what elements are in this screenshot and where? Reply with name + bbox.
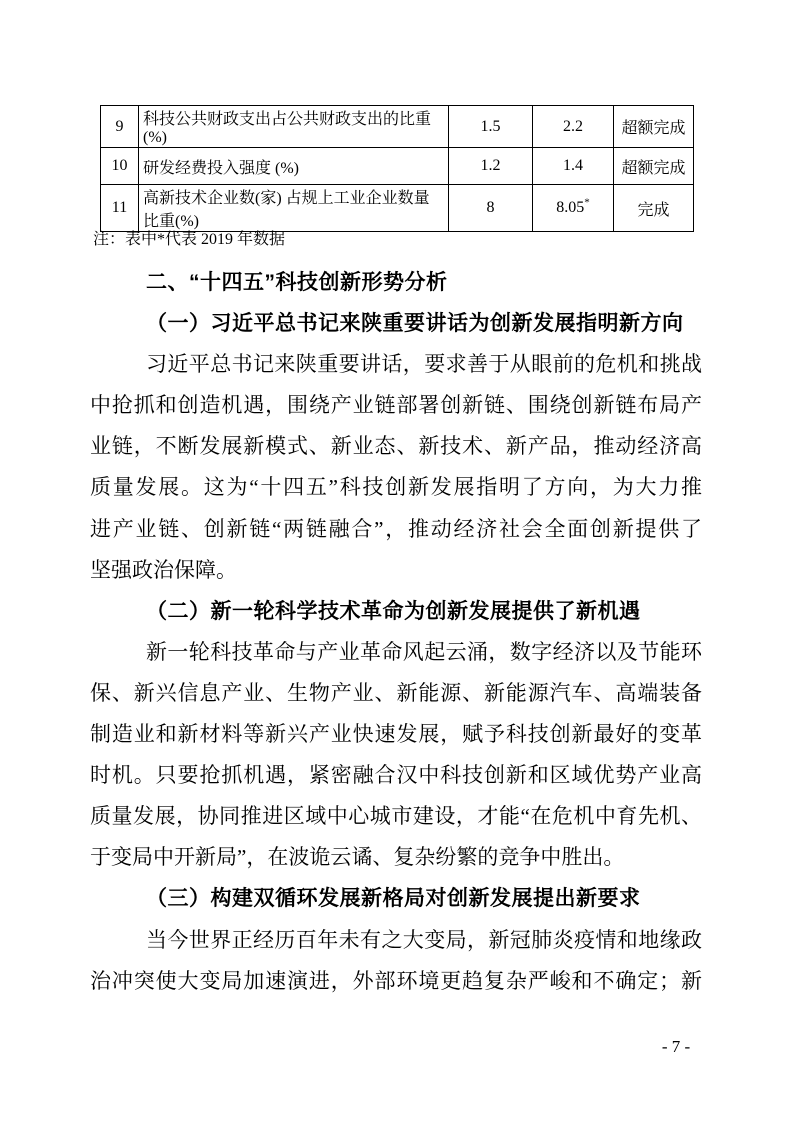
indicator-name: 科技公共财政支出占公共财政支出的比重(%)	[139, 106, 449, 148]
table-footnote: 注：表中*代表 2019 年数据	[93, 230, 693, 250]
body-line: 习近平总书记来陕重要讲话，要求善于从眼前的危机和挑战	[90, 344, 702, 385]
page-number: - 7 -	[638, 1037, 714, 1057]
actual-value: 1.4	[533, 148, 614, 185]
footnote-asterisk: *	[584, 197, 590, 209]
body-line: 制造业和新材料等新兴产业快速发展，赋予科技创新最好的变革	[90, 714, 702, 755]
body-line: 当今世界正经历百年未有之大变局，新冠肺炎疫情和地缘政	[90, 920, 702, 961]
target-value: 1.2	[449, 148, 533, 185]
table-row: 9 科技公共财政支出占公共财政支出的比重(%) 1.5 2.2 超额完成	[101, 106, 694, 148]
body-line: 治冲突使大变局加速演进，外部环境更趋复杂严峻和不确定；新	[90, 961, 702, 1002]
status-value: 超额完成	[614, 148, 694, 185]
status-value: 完成	[614, 185, 694, 232]
body-line: 质量发展。这为“十四五”科技创新发展指明了方向，为大力推	[90, 467, 702, 508]
indicator-table: 9 科技公共财政支出占公共财政支出的比重(%) 1.5 2.2 超额完成 10 …	[100, 105, 694, 232]
row-number: 9	[101, 106, 139, 148]
body-line: 质量发展，协同推进区域中心城市建设，才能“在危机中育先机、	[90, 796, 702, 837]
indicator-name: 研发经费投入强度 (%)	[139, 148, 449, 185]
indicator-name: 高新技术企业数(家) 占规上工业企业数量比重(%)	[139, 185, 449, 232]
row-number: 11	[101, 185, 139, 232]
status-value: 超额完成	[614, 106, 694, 148]
subsection-heading-1: （一）习近平总书记来陕重要讲话为创新发展指明新方向	[90, 303, 702, 344]
table-row: 10 研发经费投入强度 (%) 1.2 1.4 超额完成	[101, 148, 694, 185]
body-line: 进产业链、创新链“两链融合”，推动经济社会全面创新提供了	[90, 509, 702, 550]
body-line: 新一轮科技革命与产业革命风起云涌，数字经济以及节能环	[90, 632, 702, 673]
body-line: 中抢抓和创造机遇，围绕产业链部署创新链、围绕创新链布局产	[90, 385, 702, 426]
actual-number: 8.05	[556, 199, 584, 216]
actual-value: 8.05*	[533, 185, 614, 232]
body-content: 二、“十四五”科技创新形势分析 （一）习近平总书记来陕重要讲话为创新发展指明新方…	[90, 262, 702, 1002]
subsection-heading-2: （二）新一轮科学技术革命为创新发展提供了新机遇	[90, 591, 702, 632]
actual-value: 2.2	[533, 106, 614, 148]
body-line: 坚强政治保障。	[90, 550, 702, 591]
body-line: 保、新兴信息产业、生物产业、新能源、新能源汽车、高端装备	[90, 673, 702, 714]
body-line: 于变局中开新局”，在波诡云谲、复杂纷繁的竞争中胜出。	[90, 837, 702, 878]
body-line: 业链，不断发展新模式、新业态、新技术、新产品，推动经济高	[90, 426, 702, 467]
table-row: 11 高新技术企业数(家) 占规上工业企业数量比重(%) 8 8.05* 完成	[101, 185, 694, 232]
document-page: 9 科技公共财政支出占公共财政支出的比重(%) 1.5 2.2 超额完成 10 …	[0, 0, 793, 1122]
subsection-heading-3: （三）构建双循环发展新格局对创新发展提出新要求	[90, 878, 702, 919]
section-heading-2: 二、“十四五”科技创新形势分析	[90, 262, 702, 303]
target-value: 8	[449, 185, 533, 232]
row-number: 10	[101, 148, 139, 185]
body-line: 时机。只要抢抓机遇，紧密融合汉中科技创新和区域优势产业高	[90, 755, 702, 796]
target-value: 1.5	[449, 106, 533, 148]
